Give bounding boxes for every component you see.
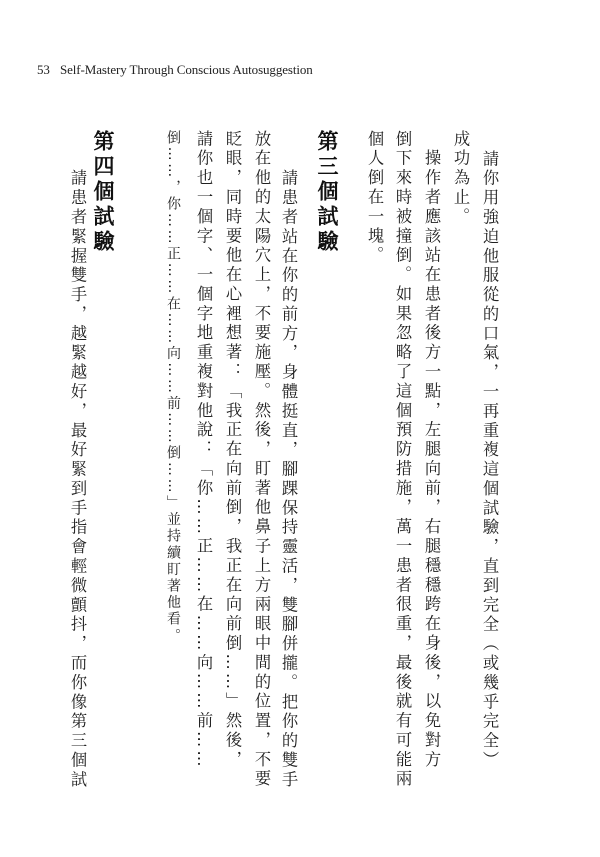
body-column-2: 成功為止。 [449,130,471,227]
body-column-1: 請你用強迫他服從的口氣，一再重複這個試驗，直到完全（或幾乎完全） [478,150,500,770]
running-header: 53 Self-Mastery Through Conscious Autosu… [37,62,313,78]
body-column-3: 操作者應該站在患者後方一點，左腿向前，右腿穩穩跨在身後，以免對方 [420,130,442,770]
running-title: Self-Mastery Through Conscious Autosugge… [60,62,313,77]
body-column-5: 個人倒在一塊。 [363,130,385,266]
body-column-13: 請患者緊握雙手，越緊越好，最好緊到手指會輕微顫抖，而你像第三個試 [66,150,88,790]
body-column-8: 放在他的太陽穴上，不要施壓。然後，盯著他鼻子上方兩眼中間的位置，不要 [250,130,272,789]
body-column-10: 請你也一個字、一個字地重複對他說：「你……正……在……向……前…… [192,130,214,770]
page-number: 53 [37,62,50,77]
body-column-4: 倒下來時被撞倒。如果忽略了這個預防措施，萬一患者很重，最後就有可能兩 [391,130,413,789]
body-column-9: 眨眼，同時要他在心裡想著：「我正在向前倒，我正在向前倒……」然後， [221,130,243,770]
section-heading-test-4: 第四個試驗 [92,130,114,255]
section-heading-test-3: 第三個試驗 [316,130,338,255]
body-column-7: 請患者站在你的前方，身體挺直，腳踝保持靈活，雙腳併攏。把你的雙手 [277,150,299,790]
body-column-11: 倒……，你……正……在……向……前……倒……」並持續盯著他看。 [162,130,184,645]
